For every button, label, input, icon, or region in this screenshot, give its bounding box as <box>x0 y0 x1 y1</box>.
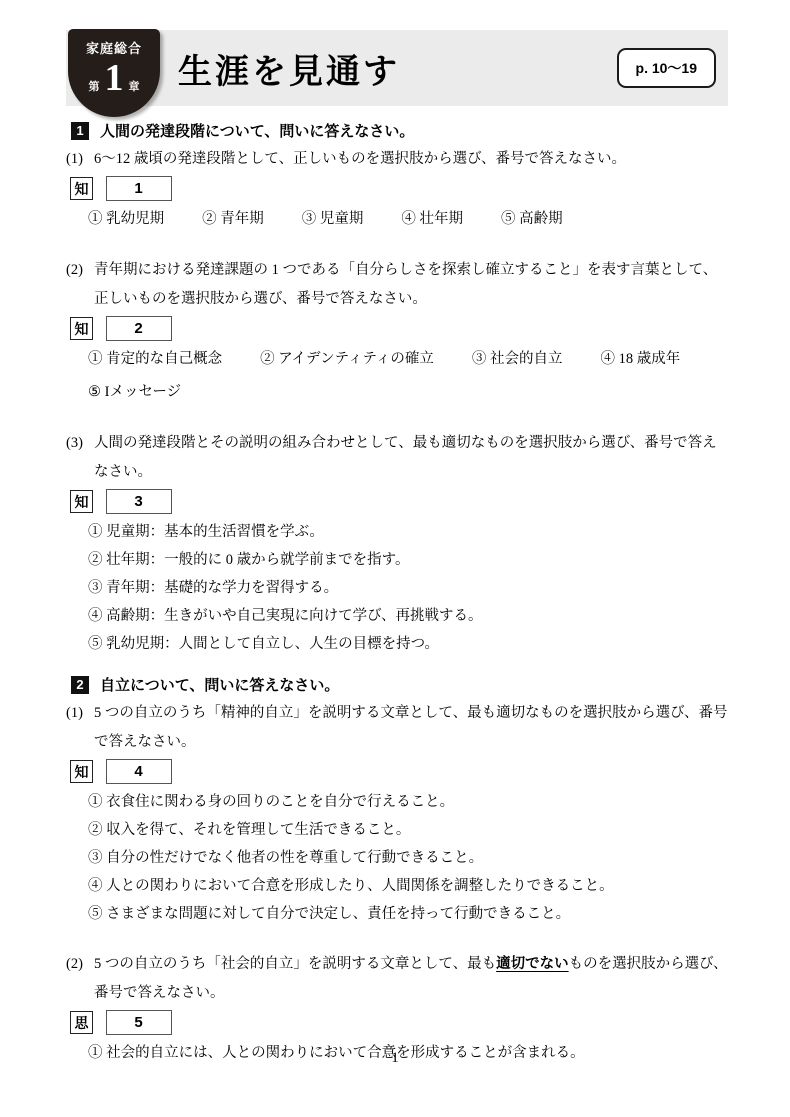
answer-row-1: 知 1 <box>70 176 728 201</box>
answer-number-box-4: 4 <box>106 759 172 784</box>
section-1-number-marker: 1 <box>71 122 89 140</box>
section-1-heading-text: 人間の発達段階について、問いに答えなさい。 <box>100 120 414 141</box>
question-1-2-body: 青年期における発達課題の 1 つである「自分らしさを探索し確立すること」を表す言… <box>94 262 717 307</box>
option-item: ① 児童期：基本的生活習慣を学ぶ。 <box>88 518 728 546</box>
chapter-badge: 家庭総合 第 1 章 <box>68 29 160 117</box>
question-2-1-text: (1)5 つの自立のうち「精神的自立」を説明する文章として、最も適切なものを選択… <box>66 699 728 757</box>
option-item: ② 収入を得て、それを管理して生活できること。 <box>88 816 728 844</box>
answer-number-box-5: 5 <box>106 1010 172 1035</box>
knowledge-tag-box: 知 <box>70 490 93 513</box>
page-number: 1 <box>0 1050 790 1067</box>
answer-number-box-3: 3 <box>106 489 172 514</box>
answer-row-2: 知 2 <box>70 316 728 341</box>
question-2-2-text: (2)5 つの自立のうち「社会的自立」を説明する文章として、最も適切でないものを… <box>66 950 728 1008</box>
question-1-3-body: 人間の発達段階とその説明の組み合わせとして、最も適切なものを選択肢から選び、番号… <box>94 435 717 480</box>
option-item: ⑤ Iメッセージ <box>88 378 181 407</box>
section-2-heading-text: 自立について、問いに答えなさい。 <box>100 674 339 695</box>
badge-chapter-prefix: 第 <box>89 78 100 94</box>
answer-row-5: 思 5 <box>70 1010 728 1035</box>
section-1-heading: 1 人間の発達段階について、問いに答えなさい。 <box>66 120 728 141</box>
question-1-1-label: (1) <box>66 145 94 174</box>
option-item: ① 衣食住に関わる身の回りのことを自分で行えること。 <box>88 788 728 816</box>
option-item: ③ 社会的自立 <box>472 345 563 374</box>
option-item: ② アイデンティティの確立 <box>260 345 434 374</box>
question-1-1-body: 6～12 歳頃の発達段階として、正しいものを選択肢から選び、番号で答えなさい。 <box>94 151 626 167</box>
answer-number-box-1: 1 <box>106 176 172 201</box>
thinking-tag-box: 思 <box>70 1011 93 1034</box>
option-item: ⑤ 高齢期 <box>501 205 563 234</box>
answer-number-box-2: 2 <box>106 316 172 341</box>
page-title: 生涯を見通す <box>178 44 400 93</box>
question-1-2-label: (2) <box>66 256 94 285</box>
knowledge-tag-box: 知 <box>70 760 93 783</box>
option-item: ③ 児童期 <box>302 205 364 234</box>
option-item: ④ 人との関わりにおいて合意を形成したり、人間関係を調整したりできること。 <box>88 872 728 900</box>
worksheet-page: 家庭総合 第 1 章 生涯を見通す p. 10～19 1 人間の発達段階について… <box>0 0 790 1117</box>
option-item: ③ 自分の性だけでなく他者の性を尊重して行動できること。 <box>88 844 728 872</box>
option-item: ④ 18 歳成年 <box>600 345 680 374</box>
option-item: ④ 壮年期 <box>401 205 463 234</box>
question-1-3-text: (3)人間の発達段階とその説明の組み合わせとして、最も適切なものを選択肢から選び… <box>66 429 728 487</box>
question-2-1-body: 5 つの自立のうち「精神的自立」を説明する文章として、最も適切なものを選択肢から… <box>94 705 728 750</box>
option-item: ① 乳幼児期 <box>88 205 164 234</box>
question-1-3-label: (3) <box>66 429 94 458</box>
badge-chapter-line: 第 1 章 <box>68 59 160 97</box>
option-item: ② 壮年期：一般的に 0 歳から就学前までを指す。 <box>88 546 728 574</box>
option-item: ⑤ さまざまな問題に対して自分で決定し、責任を持って行動できること。 <box>88 900 728 928</box>
question-1-2-text: (2)青年期における発達課題の 1 つである「自分らしさを探索し確立すること」を… <box>66 256 728 314</box>
page-reference-badge: p. 10～19 <box>617 48 716 88</box>
question-2-2-emphasis: 適切でない <box>496 956 569 972</box>
option-item: ② 青年期 <box>202 205 264 234</box>
option-item: ⑤ 乳幼児期：人間として自立し、人生の目標を持つ。 <box>88 630 728 658</box>
question-2-2-body-before: 5 つの自立のうち「社会的自立」を説明する文章として、最も <box>94 956 496 972</box>
question-1-3-options: ① 児童期：基本的生活習慣を学ぶ。 ② 壮年期：一般的に 0 歳から就学前までを… <box>66 518 728 658</box>
knowledge-tag-box: 知 <box>70 317 93 340</box>
option-item: ④ 高齢期：生きがいや自己実現に向けて学び、再挑戦する。 <box>88 602 728 630</box>
question-2-1-options: ① 衣食住に関わる身の回りのことを自分で行えること。 ② 収入を得て、それを管理… <box>66 788 728 928</box>
question-1-2-options: ① 肯定的な自己概念 ② アイデンティティの確立 ③ 社会的自立 ④ 18 歳成… <box>66 345 728 407</box>
option-item: ① 肯定的な自己概念 <box>88 345 222 374</box>
question-1-1-text: (1)6～12 歳頃の発達段階として、正しいものを選択肢から選び、番号で答えなさ… <box>66 145 728 174</box>
question-2-1-label: (1) <box>66 699 94 728</box>
knowledge-tag-box: 知 <box>70 177 93 200</box>
answer-row-3: 知 3 <box>70 489 728 514</box>
badge-chapter-suffix: 章 <box>129 78 140 94</box>
badge-chapter-number: 1 <box>100 59 129 97</box>
option-item: ③ 青年期：基礎的な学力を習得する。 <box>88 574 728 602</box>
badge-subject-label: 家庭総合 <box>68 38 160 57</box>
question-1-1-options: ① 乳幼児期 ② 青年期 ③ 児童期 ④ 壮年期 ⑤ 高齢期 <box>66 205 728 234</box>
answer-row-4: 知 4 <box>70 759 728 784</box>
section-2-heading: 2 自立について、問いに答えなさい。 <box>66 674 728 695</box>
question-2-2-label: (2) <box>66 950 94 979</box>
section-2-number-marker: 2 <box>71 676 89 694</box>
chapter-header: 家庭総合 第 1 章 生涯を見通す p. 10～19 <box>66 30 728 106</box>
